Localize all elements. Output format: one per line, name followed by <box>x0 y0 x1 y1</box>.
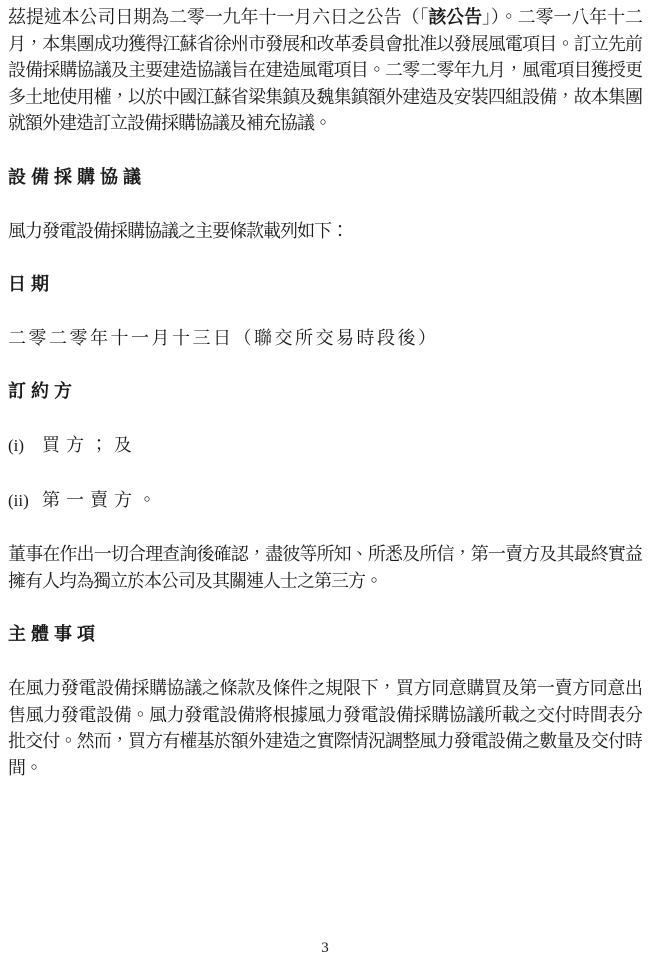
text-line: 售風力發電設備。風力發電設備將根據風力發電設備採購協議所載之交付時間表分 <box>8 702 642 729</box>
section-heading-equipment-procurement-agreement: 設備採購協議 <box>8 164 642 191</box>
page-number: 3 <box>0 940 650 957</box>
text-line: 茲提述本公司日期為二零一九年十一月六日之公告（「該公告」）。二零一八年十二 <box>8 4 642 31</box>
party-item-buyer-label: 買方；及 <box>42 432 138 459</box>
list-marker-i: (i) <box>8 433 42 460</box>
list-marker-ii: (ii) <box>8 488 42 515</box>
section-heading-subject-matter: 主體事項 <box>8 621 642 648</box>
intro-line1-pre: 茲提述本公司日期為二零一九年十一月六日之公告（「 <box>8 7 428 27</box>
text-line: 月，本集團成功獲得江蘇省徐州市發展和改革委員會批准以發展風電項目。訂立先前 <box>8 31 642 58</box>
section-heading-date: 日期 <box>8 271 642 298</box>
text-line: 設備採購協議及主要建造協議旨在建造風電項目。二零二零年九月，風電項目獲授更 <box>8 57 642 84</box>
date-paragraph: 二零二零年十一月十三日（聯交所交易時段後） <box>8 325 642 352</box>
party-item-buyer: (i) 買方；及 <box>8 432 642 460</box>
text-line: 在風力發電設備採購協議之條款及條件之規限下，買方同意購買及第一賣方同意出 <box>8 675 642 702</box>
text-line: 間。 <box>8 755 642 782</box>
intro-paragraph: 茲提述本公司日期為二零一九年十一月六日之公告（「該公告」）。二零一八年十二 月，… <box>8 4 642 137</box>
subject-matter-paragraph: 在風力發電設備採購協議之條款及條件之規限下，買方同意購買及第一賣方同意出 售風力… <box>8 675 642 781</box>
equipment-lead-line: 風力發電設備採購協議之主要條款載列如下： <box>8 218 642 245</box>
intro-line1-post: 」）。二零一八年十二 <box>482 7 642 27</box>
text-line: 擁有人均為獨立於本公司及其關連人士之第三方。 <box>8 568 642 595</box>
party-item-first-vendor-label: 第一賣方。 <box>42 487 162 514</box>
section-heading-parties: 訂約方 <box>8 378 642 405</box>
text-line: 批交付。然而，買方有權基於額外建造之實際情況調整風力發電設備之數量及交付時 <box>8 728 642 755</box>
text-line: 多土地使用權，以於中國江蘇省梁集鎮及魏集鎮額外建造及安裝四組設備，故本集團 <box>8 84 642 111</box>
document-page: 茲提述本公司日期為二零一九年十一月六日之公告（「該公告」）。二零一八年十二 月，… <box>0 0 650 968</box>
independence-confirmation-paragraph: 董事在作出一切合理查詢後確認，盡彼等所知、所悉及所信，第一賣方及其最終實益 擁有… <box>8 541 642 594</box>
text-line: 就額外建造訂立設備採購協議及補充協議。 <box>8 110 642 137</box>
date-value: 二零二零年十一月十三日（聯交所交易時段後） <box>8 325 642 352</box>
party-item-first-vendor: (ii) 第一賣方。 <box>8 487 642 515</box>
equipment-lead-paragraph: 風力發電設備採購協議之主要條款載列如下： <box>8 218 642 245</box>
text-line: 董事在作出一切合理查詢後確認，盡彼等所知、所悉及所信，第一賣方及其最終實益 <box>8 541 642 568</box>
defined-term-the-announcement: 該公告 <box>428 7 482 27</box>
